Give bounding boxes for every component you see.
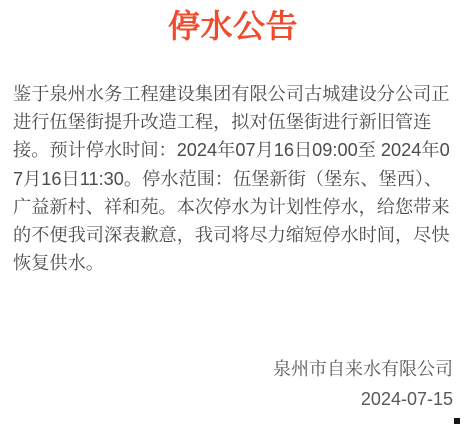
- water-outage-notice: 停水公告 鉴于泉州水务工程建设集团有限公司古城建设分公司正进行伍堡街提升改造工程…: [0, 0, 466, 431]
- body-line: 接。预计停水时间：2024年07月16日09:00至 2024年0: [13, 136, 461, 164]
- corner-dot-artifact: [454, 418, 460, 424]
- signature-block: 泉州市自来水有限公司 2024-07-15: [273, 355, 453, 414]
- body-line: 鉴于泉州水务工程建设集团有限公司古城建设分公司正: [13, 80, 461, 108]
- notice-date: 2024-07-15: [273, 385, 453, 415]
- company-name: 泉州市自来水有限公司: [273, 355, 453, 385]
- body-line: 的不便我司深表歉意，我司将尽力缩短停水时间，尽快: [13, 221, 461, 249]
- body-line: 广益新村、祥和苑。本次停水为计划性停水，给您带来: [13, 193, 461, 221]
- body-line: 7月16日11:30。停水范围：伍堡新街（堡东、堡西）、: [13, 165, 461, 193]
- notice-body: 鉴于泉州水务工程建设集团有限公司古城建设分公司正进行伍堡街提升改造工程，拟对伍堡…: [13, 80, 461, 277]
- body-line: 恢复供水。: [13, 249, 461, 277]
- body-line: 进行伍堡街提升改造工程，拟对伍堡街进行新旧管连: [13, 108, 461, 136]
- notice-title: 停水公告: [0, 8, 466, 45]
